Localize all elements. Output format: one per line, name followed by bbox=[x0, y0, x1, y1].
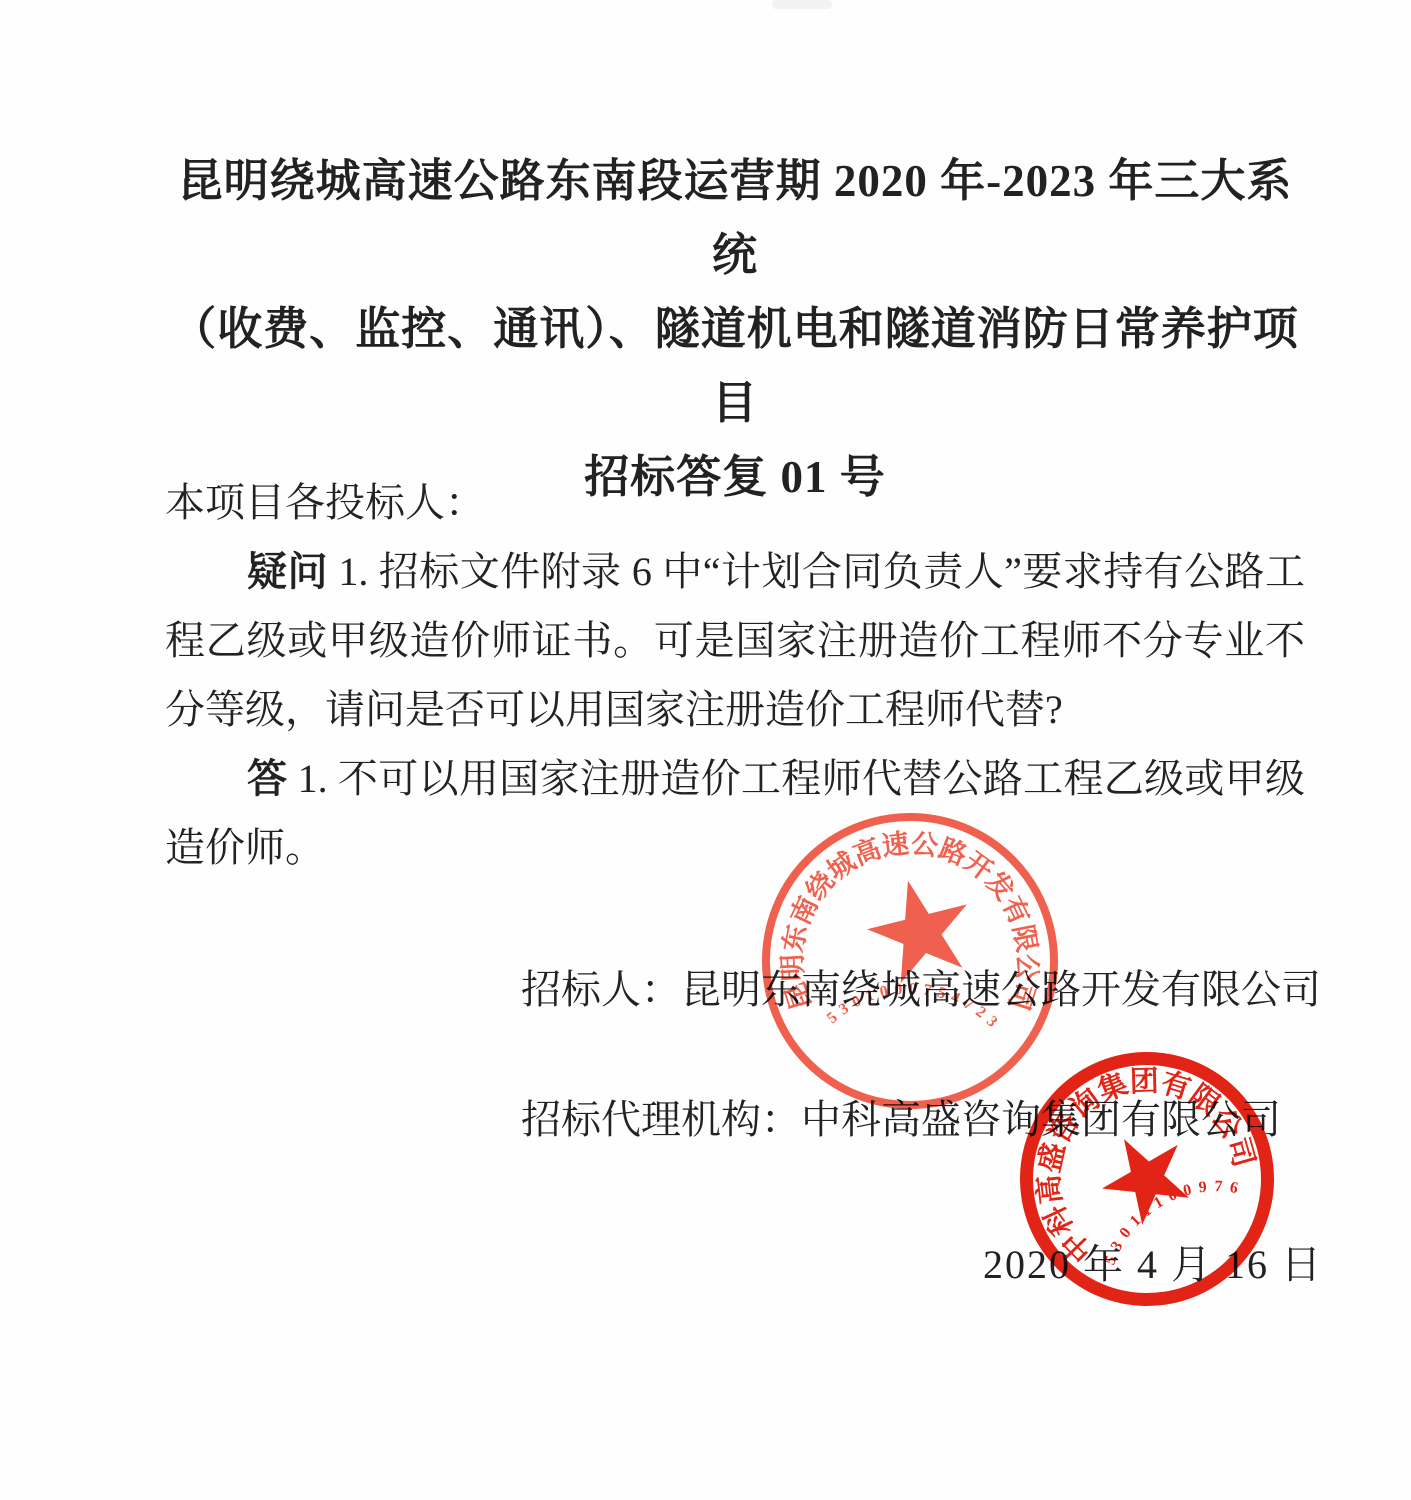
question-label: 疑问 bbox=[247, 549, 328, 594]
question-text: 1. 招标文件附录 6 中“计划合同负责人”要求持有公路工程乙级或甲级造价师证书… bbox=[165, 549, 1305, 732]
title-line-1: 昆明绕城高速公路东南段运营期 2020 年-2023 年三大系统 bbox=[165, 144, 1305, 292]
star-icon bbox=[858, 868, 981, 988]
agency-seal-serial-text: 53011100976 bbox=[1086, 1152, 1253, 1275]
document-body: 本项目各投标人： 疑问 1. 招标文件附录 6 中“计划合同负责人”要求持有公路… bbox=[165, 468, 1305, 882]
star-icon bbox=[1086, 1117, 1203, 1233]
answer-text: 1. 不可以用国家注册造价工程师代替公路工程乙级或甲级造价师。 bbox=[165, 756, 1305, 870]
answer-paragraph: 答 1. 不可以用国家注册造价工程师代替公路工程乙级或甲级造价师。 bbox=[165, 744, 1305, 882]
agency-company-seal: 中科高盛咨询集团有限公司 53011100976 bbox=[1014, 1046, 1280, 1312]
bidder-label: 招标人： bbox=[521, 967, 681, 1012]
document-title: 昆明绕城高速公路东南段运营期 2020 年-2023 年三大系统 （收费、监控、… bbox=[165, 144, 1305, 514]
scan-artifact bbox=[772, 0, 832, 9]
title-line-2: （收费、监控、通讯）、隧道机电和隧道消防日常养护项目 bbox=[165, 292, 1305, 440]
question-paragraph: 疑问 1. 招标文件附录 6 中“计划合同负责人”要求持有公路工程乙级或甲级造价… bbox=[165, 537, 1305, 744]
bidder-seal-serial-arc-text: 5301000754723 bbox=[824, 980, 1005, 1034]
agency-seal-serial-arc-text: 53011100976 bbox=[1086, 1152, 1253, 1275]
answer-label: 答 bbox=[247, 756, 287, 801]
bidder-seal-serial-text: 5301000754723 bbox=[824, 980, 1005, 1034]
salutation-line: 本项目各投标人： bbox=[165, 468, 1305, 537]
document-page: 昆明绕城高速公路东南段运营期 2020 年-2023 年三大系统 （收费、监控、… bbox=[0, 0, 1411, 1500]
